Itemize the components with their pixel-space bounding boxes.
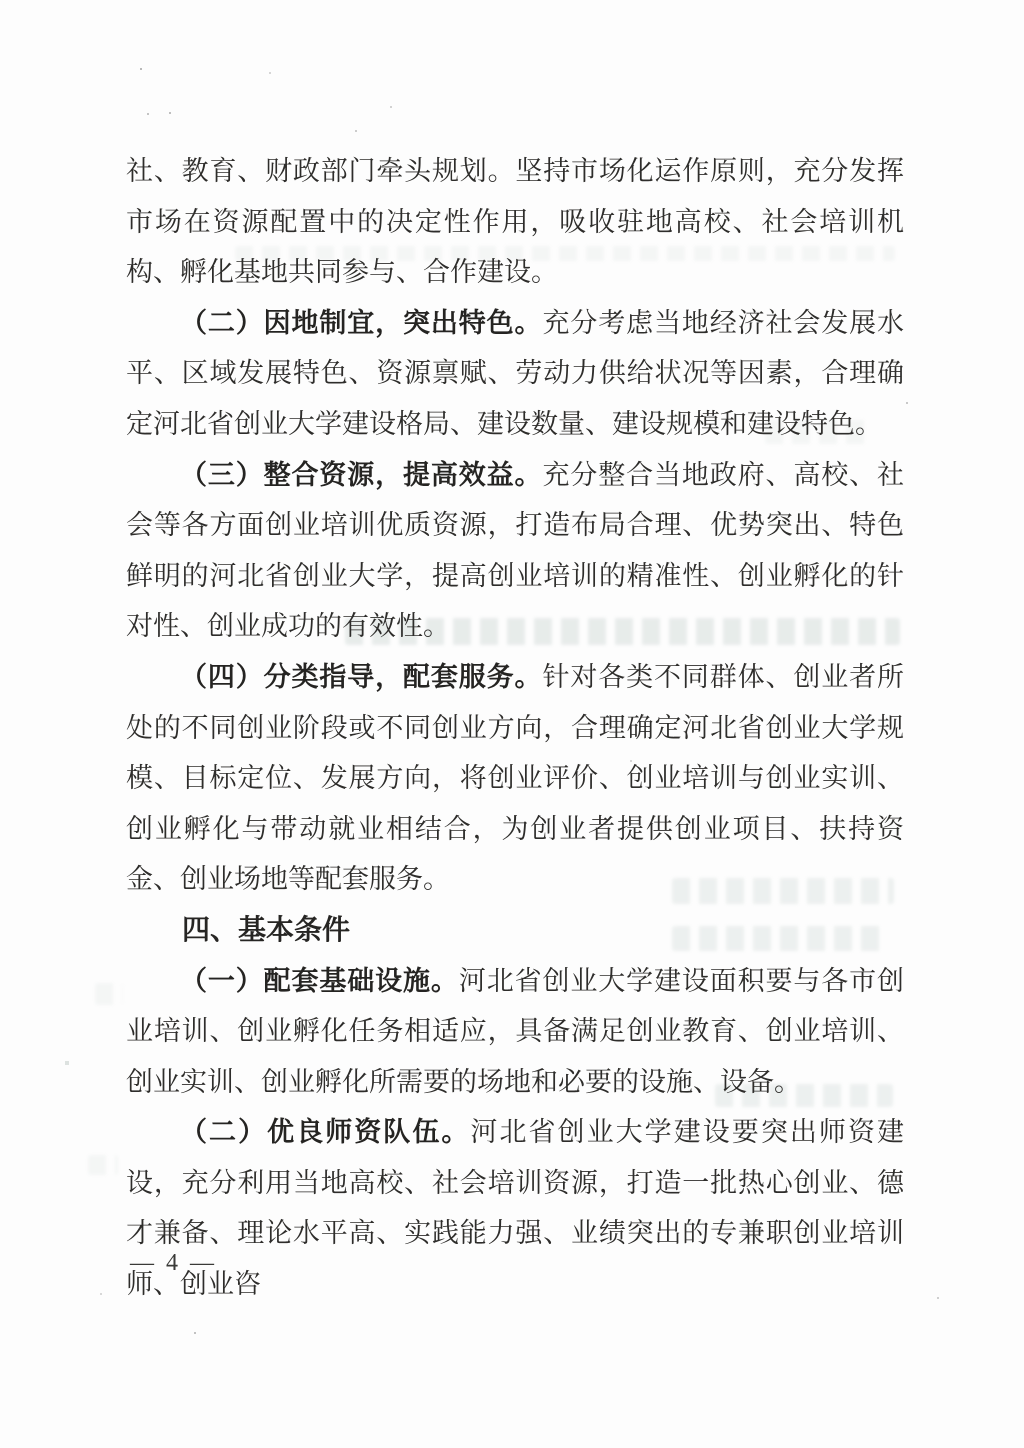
paragraph: （二）优良师资队伍。河北省创业大学建设要突出师资建设，充分利用当地高校、社会培训… [126,1107,904,1309]
paragraph-lead: （三）整合资源，提高效益。 [180,460,542,490]
bleed-through-artifact [95,983,123,1005]
paragraph: （四）分类指导，配套服务。针对各类不同群体、创业者所处的不同创业阶段或不同创业方… [126,652,904,905]
paragraph: （一）配套基础设施。河北省创业大学建设面积要与各市创业培训、创业孵化任务相适应，… [126,956,904,1108]
section-heading: 四、基本条件 [126,905,904,956]
scanned-document-page: 社、教育、财政部门牵头规划。坚持市场化运作原则，充分发挥市场在资源配置中的决定性… [0,0,1024,1448]
bleed-through-artifact [88,1155,118,1175]
document-body: 社、教育、财政部门牵头规划。坚持市场化运作原则，充分发挥市场在资源配置中的决定性… [126,146,904,1310]
paragraph-lead: （一）配套基础设施。 [180,966,459,996]
paragraph-lead: （二）优良师资队伍。 [180,1117,470,1147]
paragraph: （三）整合资源，提高效益。充分整合当地政府、高校、社会等各方面创业培训优质资源，… [126,450,904,652]
scan-specks [0,0,2,2]
paragraph: 社、教育、财政部门牵头规划。坚持市场化运作原则，充分发挥市场在资源配置中的决定性… [126,146,904,298]
page-number: — 4 — [130,1250,217,1277]
paragraph: （二）因地制宜，突出特色。充分考虑当地经济社会发展水平、区域发展特色、资源禀赋、… [126,298,904,450]
paragraph-lead: （四）分类指导，配套服务。 [180,662,542,692]
paragraph-lead: （二）因地制宜，突出特色。 [180,308,542,338]
